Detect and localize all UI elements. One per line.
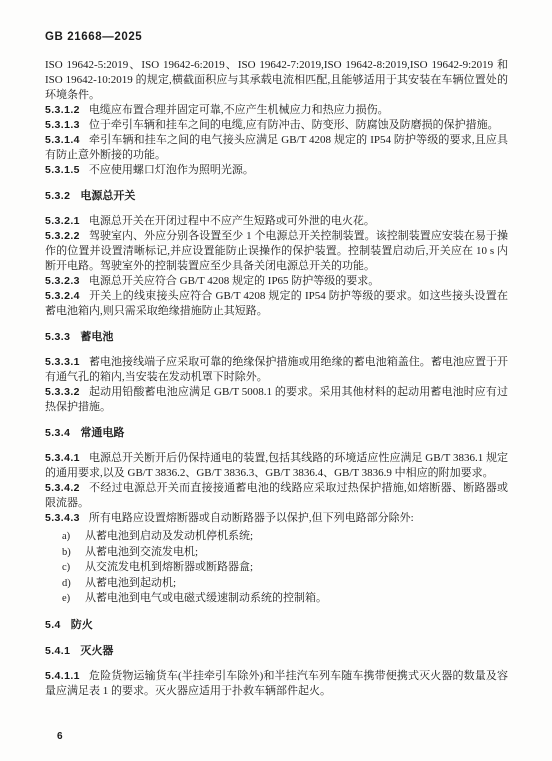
clause-number: 5.3.2.2 (45, 230, 80, 242)
clause-text: 所有电路应设置熔断器或自动断路器予以保护,但下列电路部分除外: (89, 512, 414, 524)
clause-text: 电缆应布置合理并固定可靠,不应产生机械应力和热应力损伤。 (89, 104, 389, 116)
clause-text: 电源总开关应符合 GB/T 4208 规定的 IP65 防护等级的要求。 (89, 275, 379, 287)
list-item-text: 从蓄电池到起动机; (85, 576, 508, 592)
list-item-a: a)从蓄电池到启动及发动机停机系统; (45, 529, 508, 545)
heading-title: 防火 (71, 619, 93, 631)
clause-5-3-4-3: 5.3.4.3所有电路应设置熔断器或自动断路器予以保护,但下列电路部分除外: (45, 511, 508, 526)
clause-text: 起动用铅酸蓄电池应满足 GB/T 5008.1 的要求。采用其他材料的起动用蓄电… (45, 386, 508, 413)
clause-5-3-4-1: 5.3.4.1电源总开关断开后仍保持通电的装置,包括其线路的环境适应性应满足 G… (45, 451, 508, 481)
paragraph-text: ISO 19642-5:2019、ISO 19642-6:2019、ISO 19… (45, 59, 508, 101)
clause-text: 蓄电池接线端子应采取可靠的绝缘保护措施或用绝缘的蓄电池箱盖住。蓄电池应置于开有通… (45, 356, 508, 383)
list-item-e: e)从蓄电池到电气或电磁式缓速制动系统的控制箱。 (45, 591, 508, 607)
clause-5-3-1-2: 5.3.1.2电缆应布置合理并固定可靠,不应产生机械应力和热应力损伤。 (45, 103, 508, 118)
section-heading-5-4: 5.4防火 (45, 618, 508, 633)
list-item-text: 从交流发电机到熔断器或断路器盒; (85, 560, 508, 576)
clause-5-3-3-1: 5.3.3.1蓄电池接线端子应采取可靠的绝缘保护措施或用绝缘的蓄电池箱盖住。蓄电… (45, 355, 508, 385)
clause-number: 5.3.1.2 (45, 104, 80, 116)
list-item-label: c) (62, 560, 85, 576)
clause-5-3-3-2: 5.3.3.2起动用铅酸蓄电池应满足 GB/T 5008.1 的要求。采用其他材… (45, 385, 508, 415)
heading-number: 5.4 (45, 619, 61, 631)
heading-number: 5.4.1 (45, 645, 70, 657)
list-item-text: 从蓄电池到电气或电磁式缓速制动系统的控制箱。 (85, 591, 508, 607)
list-item-c: c)从交流发电机到熔断器或断路器盒; (45, 560, 508, 576)
clause-text: 牵引车辆和挂车之间的电气接头应满足 GB/T 4208 规定的 IP54 防护等… (45, 134, 508, 161)
list-item-b: b)从蓄电池到交流发电机; (45, 545, 508, 561)
clause-number: 5.3.4.3 (45, 512, 80, 524)
clause-text: 位于牵引车辆和挂车之间的电缆,应有防冲击、防变形、防腐蚀及防磨损的保护措施。 (89, 119, 499, 131)
clause-5-3-2-1: 5.3.2.1电源总开关在开闭过程中不应产生短路或可外泄的电火花。 (45, 214, 508, 229)
list-item-text: 从蓄电池到启动及发动机停机系统; (85, 529, 508, 545)
clause-text: 电源总开关断开后仍保持通电的装置,包括其线路的环境适应性应满足 GB/T 383… (45, 452, 508, 479)
heading-title: 常通电路 (80, 427, 124, 439)
list-item-label: e) (62, 591, 85, 607)
clause-number: 5.3.2.3 (45, 275, 80, 287)
heading-number: 5.3.3 (45, 331, 70, 343)
clause-text: 电源总开关在开闭过程中不应产生短路或可外泄的电火花。 (89, 215, 375, 227)
heading-number: 5.3.2 (45, 190, 70, 202)
clause-number: 5.3.3.1 (45, 356, 80, 368)
heading-number: 5.3.4 (45, 427, 70, 439)
heading-title: 蓄电池 (80, 331, 113, 343)
page-number: 6 (57, 731, 63, 742)
standard-number-header: GB 21668—2025 (45, 31, 142, 43)
clause-5-3-1-4: 5.3.1.4牵引车辆和挂车之间的电气接头应满足 GB/T 4208 规定的 I… (45, 133, 508, 163)
section-heading-5-3-2: 5.3.2电源总开关 (45, 189, 508, 204)
clause-number: 5.3.1.4 (45, 134, 80, 146)
list-item-label: d) (62, 576, 85, 592)
clause-text: 不经过电源总开关而直接接通蓄电池的线路应采取过热保护措施,如熔断器、断路器或限流… (45, 482, 508, 509)
clause-5-3-2-2: 5.3.2.2驾驶室内、外应分别各设置至少 1 个电源总开关控制装置。该控制装置… (45, 229, 508, 274)
clause-number: 5.3.2.1 (45, 215, 80, 227)
circuit-exception-list: a)从蓄电池到启动及发动机停机系统; b)从蓄电池到交流发电机; c)从交流发电… (45, 529, 508, 607)
document-body: ISO 19642-5:2019、ISO 19642-6:2019、ISO 19… (45, 58, 508, 699)
section-heading-5-4-1: 5.4.1灭火器 (45, 644, 508, 659)
clause-text: 驾驶室内、外应分别各设置至少 1 个电源总开关控制装置。该控制装置应安装在易于操… (45, 230, 508, 272)
list-item-d: d)从蓄电池到起动机; (45, 576, 508, 592)
clause-5-4-1-1: 5.4.1.1危险货物运输货车(半挂牵引车除外)和半挂汽车列车随车携带便携式灭火… (45, 669, 508, 699)
clause-5-3-4-2: 5.3.4.2不经过电源总开关而直接接通蓄电池的线路应采取过热保护措施,如熔断器… (45, 481, 508, 511)
section-heading-5-3-3: 5.3.3蓄电池 (45, 330, 508, 345)
clause-5-3-1-3: 5.3.1.3位于牵引车辆和挂车之间的电缆,应有防冲击、防变形、防腐蚀及防磨损的… (45, 118, 508, 133)
clause-text: 开关上的线束接头应符合 GB/T 4208 规定的 IP54 防护等级的要求。如… (45, 290, 508, 317)
heading-title: 电源总开关 (80, 190, 135, 202)
clause-5-3-2-3: 5.3.2.3电源总开关应符合 GB/T 4208 规定的 IP65 防护等级的… (45, 274, 508, 289)
clause-number: 5.3.1.3 (45, 119, 80, 131)
clause-5-3-2-4: 5.3.2.4开关上的线束接头应符合 GB/T 4208 规定的 IP54 防护… (45, 289, 508, 319)
clause-number: 5.3.1.5 (45, 164, 80, 176)
clause-text: 不应使用螺口灯泡作为照明光源。 (89, 164, 254, 176)
section-heading-5-3-4: 5.3.4常通电路 (45, 426, 508, 441)
list-item-text: 从蓄电池到交流发电机; (85, 545, 508, 561)
clause-number: 5.3.4.1 (45, 452, 80, 464)
clause-5-3-1-5: 5.3.1.5不应使用螺口灯泡作为照明光源。 (45, 163, 508, 178)
list-item-label: a) (62, 529, 85, 545)
clause-number: 5.4.1.1 (45, 670, 80, 682)
clause-number: 5.3.2.4 (45, 290, 80, 302)
paragraph-continuation: ISO 19642-5:2019、ISO 19642-6:2019、ISO 19… (45, 58, 508, 103)
list-item-label: b) (62, 545, 85, 561)
clause-number: 5.3.3.2 (45, 386, 80, 398)
document-page: GB 21668—2025 ISO 19642-5:2019、ISO 19642… (0, 0, 552, 761)
heading-title: 灭火器 (80, 645, 113, 657)
clause-number: 5.3.4.2 (45, 482, 80, 494)
clause-text: 危险货物运输货车(半挂牵引车除外)和半挂汽车列车随车携带便携式灭火器的数量及容量… (45, 670, 508, 697)
